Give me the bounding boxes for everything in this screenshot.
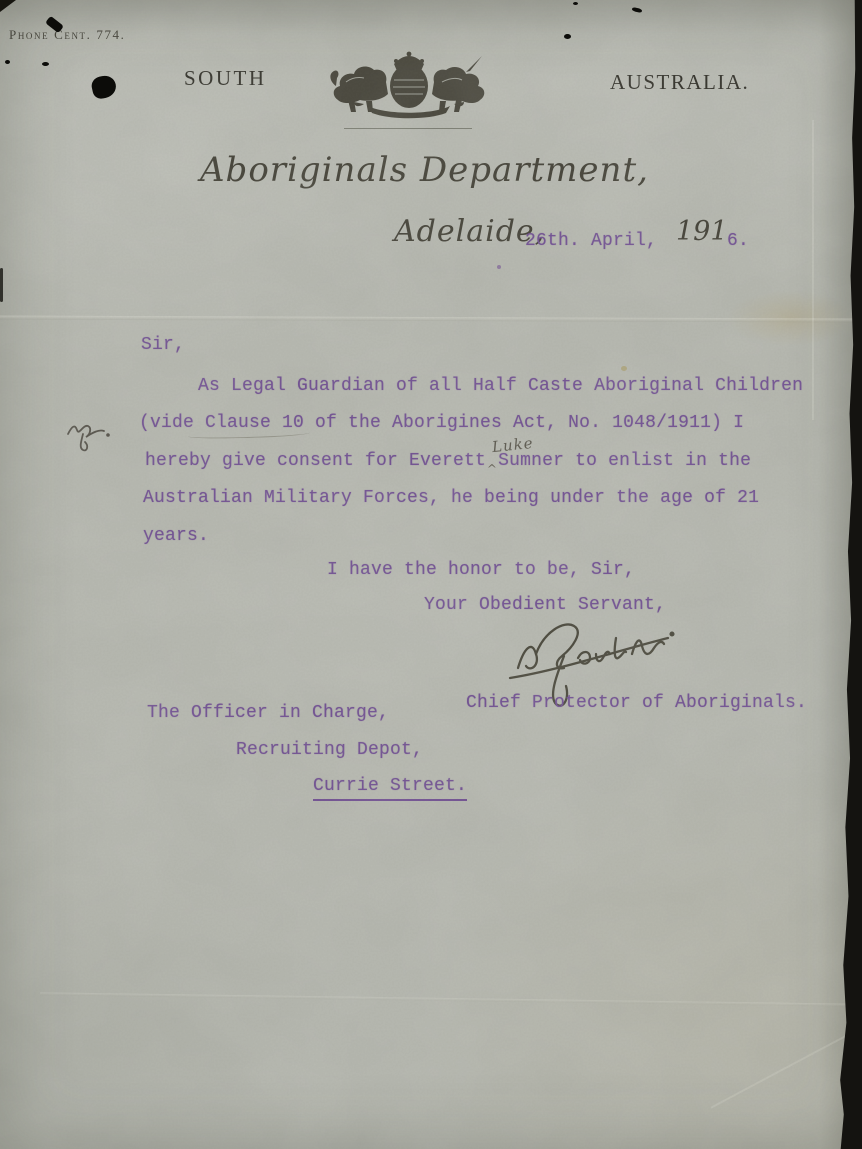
letterhead-department: Aboriginals Department, [200, 150, 649, 190]
insertion-caret: ^ [486, 462, 498, 476]
signatory-title: Chief Protector of Aboriginals. [466, 693, 807, 713]
scan-corner-shadow [0, 0, 16, 12]
body-line-3-pre: hereby give consent for Everett [145, 451, 486, 471]
vertical-crease [812, 120, 814, 420]
letterhead-city: Adelaide, [394, 214, 545, 249]
ink-speck [497, 265, 501, 269]
pencil-underline-clause [188, 430, 310, 440]
scanned-letter-page: Phone Cent. 774. SOUTH AUSTRALIA. [0, 0, 862, 1149]
paper-speck [573, 2, 578, 5]
body-line-2: (vide Clause 10 of the Aborigines Act, N… [139, 413, 744, 433]
body-line-3: hereby give consent for Everett^Sumner t… [145, 451, 751, 471]
printed-year-191: 191 [676, 216, 728, 247]
paper-speck [5, 60, 10, 64]
header-australia: AUSTRALIA. [610, 70, 749, 95]
body-line-1: As Legal Guardian of all Half Caste Abor… [198, 376, 803, 396]
body-line-3-post: Sumner to enlist in the [498, 451, 751, 471]
fold-crease-top [0, 315, 862, 322]
body-line-4: Australian Military Forces, he being und… [143, 488, 759, 508]
phone-line: Phone Cent. 774. [9, 27, 126, 43]
crest-divider-rule [344, 128, 472, 129]
typed-year-digit: 6. [727, 231, 749, 251]
paper-speck [632, 7, 643, 13]
scan-edge-left [0, 268, 3, 302]
body-line-5: years. [143, 526, 209, 546]
typed-date: 26th. April, [525, 231, 657, 251]
royal-coat-of-arms-crest [324, 44, 494, 122]
paper-hole [90, 74, 118, 101]
header-south: SOUTH [184, 66, 267, 91]
recipient-line-1: The Officer in Charge, [147, 703, 389, 723]
recipient-line-3-underlined: Currie Street. [313, 776, 467, 801]
salutation: Sir, [141, 335, 185, 355]
paper-speck [42, 62, 49, 66]
torn-right-edge-scan-background [836, 0, 862, 1149]
paper-speck [564, 34, 571, 39]
stain-speck [621, 366, 627, 371]
recipient-line-2: Recruiting Depot, [236, 740, 423, 760]
fold-crease-bottom [40, 992, 860, 1006]
margin-initials-annotation [62, 412, 114, 452]
corner-crease [711, 1018, 862, 1109]
closing-honor-line: I have the honor to be, Sir, [327, 560, 635, 580]
